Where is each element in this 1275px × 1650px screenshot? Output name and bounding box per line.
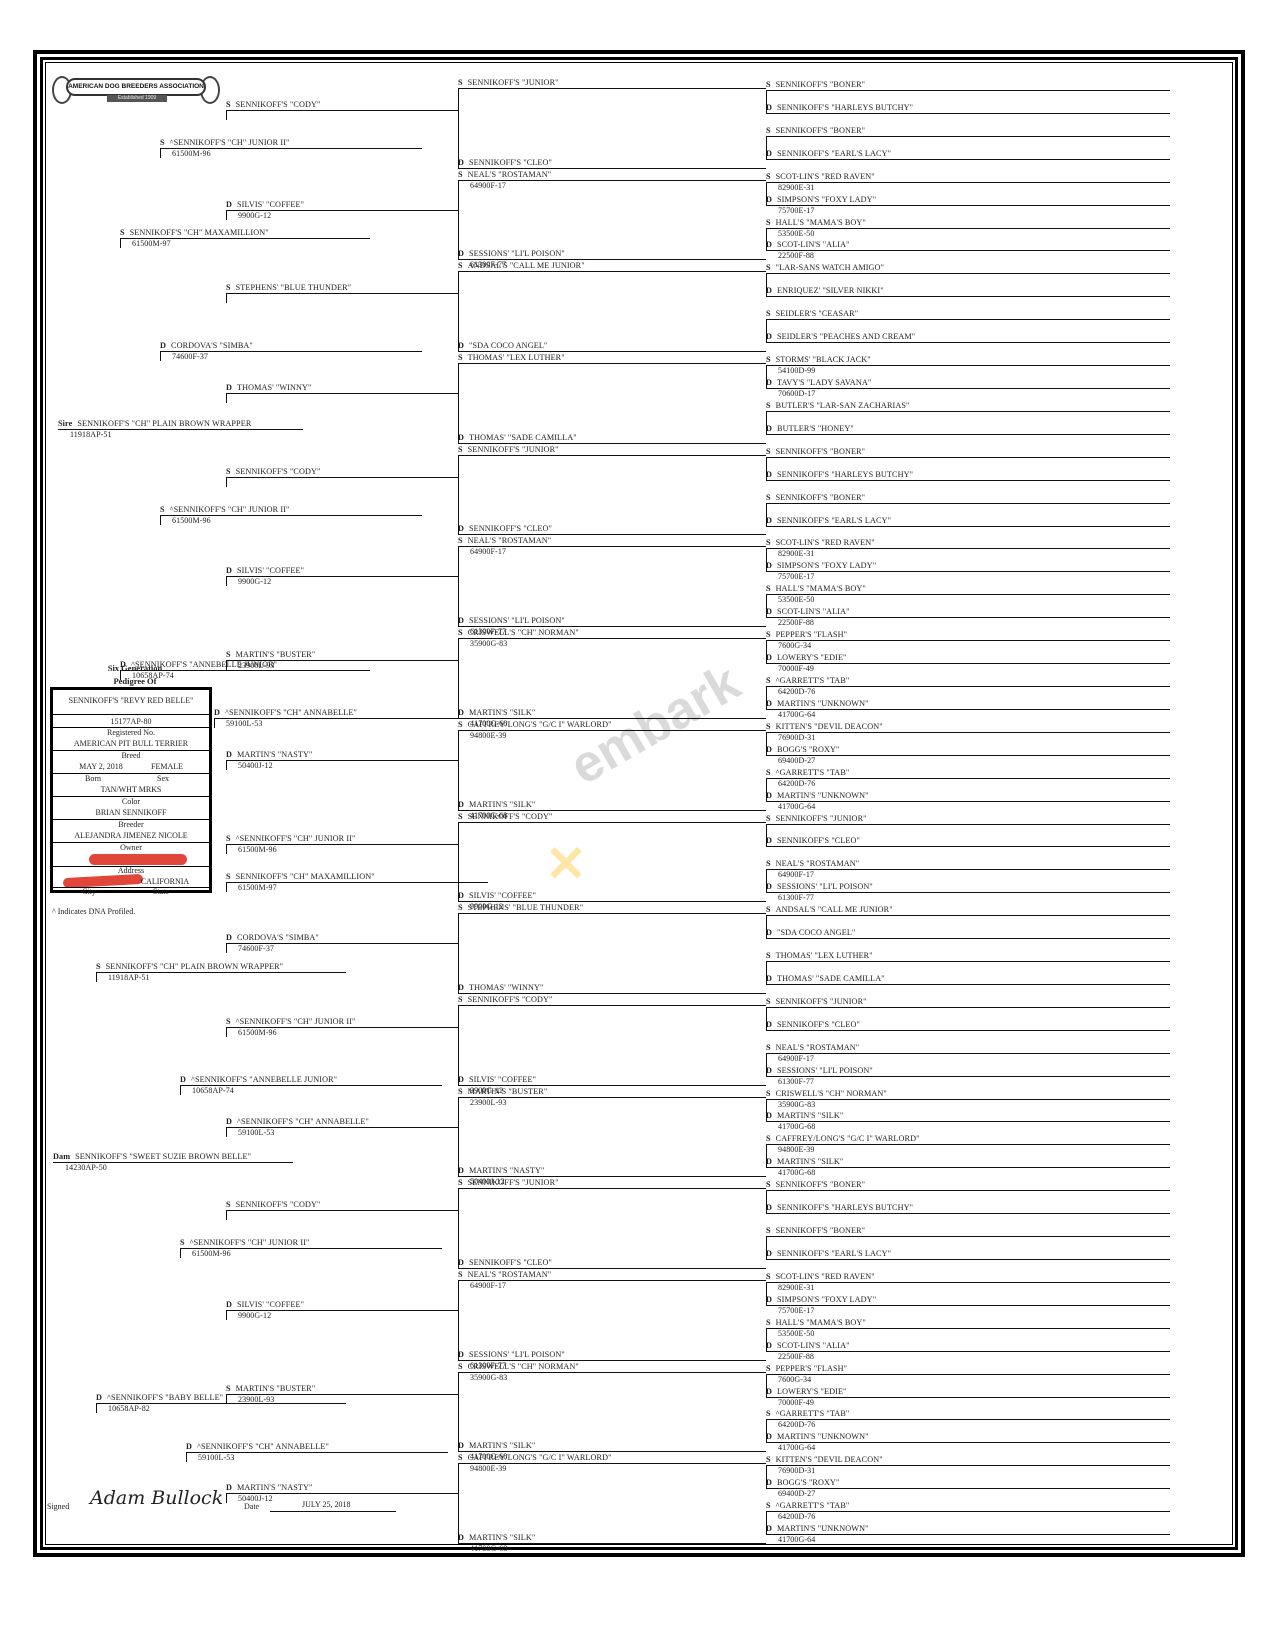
sex-marker: S [766,1455,771,1464]
pair-bracket [766,136,767,159]
underline [226,576,458,577]
pair-bracket [458,363,459,443]
underline [458,638,766,639]
sex-marker: Dam [53,1152,70,1161]
breeder-label: Breeder [53,820,209,830]
registration-number: 9900G-12 [238,1311,271,1321]
underline [766,434,1170,435]
dog-name: SENNIKOFF'S "CLEO" [777,1020,860,1029]
dog-name: BUTLER'S "HONEY" [777,424,854,433]
underline [766,342,1170,343]
sex-marker: D [214,708,220,717]
embark-logo-icon: ✕ [545,835,587,893]
dog-name: MARTIN'S "UNKNOWN" [777,1432,869,1441]
dog-name: STORMS' "BLACK JACK" [776,355,871,364]
gen2-entry: SSENNIKOFF'S "CH" PLAIN BROWN WRAPPER"11… [96,962,283,972]
gen6-entry: SSCOT-LIN'S "RED RAVEN"82900E-31 [766,1272,875,1282]
gen5-entry: DMARTIN'S "SILK"41700G-68 [458,1533,535,1543]
gen3-entry: S^SENNIKOFF'S "CH" JUNIOR II"61500M-96 [180,1238,309,1248]
registration-number: 10658AP-82 [108,1404,150,1414]
gen6-entry: DSCOT-LIN'S "ALIA"22500F-88 [766,240,850,250]
dog-name: MARTIN'S "UNKNOWN" [777,791,869,800]
registration-number: 61300F-77 [778,893,814,903]
sex-marker: S [458,78,463,87]
pair-bracket [766,915,767,938]
dog-name: SENNIKOFF'S "CODY" [468,812,553,821]
pair-bracket [458,913,459,993]
pair-bracket [458,546,459,626]
dog-name: NEAL'S "ROSTAMAN" [776,1043,860,1052]
underline [766,1030,1170,1031]
color: TAN/WHT MRKS [53,785,209,795]
pair-bracket [458,1188,459,1268]
gen6-entry: DSESSIONS' "LI'L POISON"61300F-77 [766,882,873,892]
dog-name: SCOT-LIN'S "RED RAVEN" [776,172,875,181]
registration-number: 61500M-96 [238,1028,277,1038]
underline [766,526,1170,527]
breeder: BRIAN SENNIKOFF [53,808,209,818]
dog-name: ENRIQUEZ' "SILVER NIKKI" [777,286,884,295]
underline [766,961,1170,962]
state: CALIFORNIA [87,877,243,887]
gen3-entry: D^SENNIKOFF'S "CH" ANNABELLE"59100L-53 [186,1442,329,1452]
dog-name: THOMAS' "WINNY" [237,383,311,392]
sex-marker: S [766,1089,771,1098]
underline [226,1394,458,1395]
underline [160,148,422,149]
dog-name: CRISWELL'S "CH" NORMAN" [468,1362,579,1371]
sex-marker: S [766,768,771,777]
registration-number: 50400J-12 [238,1494,273,1504]
underline [214,718,476,719]
underline [766,1282,1170,1283]
breed: AMERICAN PIT BULL TERRIER [53,739,209,749]
registration-number: 64900F-17 [470,181,506,191]
gen5-entry: DSENNIKOFF'S "CLEO" [458,158,552,168]
dog-name: MARTIN'S "UNKNOWN" [777,1524,869,1533]
underline [766,1167,1170,1168]
gen6-entry: DSENNIKOFF'S "EARL'S LACY" [766,149,891,159]
gen6-entry: DSENNIKOFF'S "HARLEYS BUTCHY" [766,103,913,113]
gen6-entry: S^GARRETT'S "TAB"64200D-76 [766,768,849,778]
sex-marker: S [226,650,231,659]
gen6-entry: D"SDA COCO ANGEL" [766,928,855,938]
sex-marker: S [766,447,771,456]
registration-number: 64900F-17 [470,1281,506,1291]
sex-marker: D [226,566,232,575]
dog-name: CAFFREY/LONG'S "G/C I" WARLORD" [468,1453,612,1462]
dog-name: THOMAS' "WINNY" [469,983,543,992]
registration-number: 35900G-83 [778,1100,815,1110]
dog-name: ^SENNIKOFF'S "CH" JUNIOR II" [190,1238,310,1247]
underline [458,1097,766,1098]
gen5-entry: DSENNIKOFF'S "CLEO" [458,524,552,534]
dog-name: SILVIS' "COFFEE" [237,1300,304,1309]
gen6-entry: SPEPPER'S "FLASH"7600G-34 [766,1364,847,1374]
state-label: State [83,887,239,897]
sex-marker: S [766,814,771,823]
dog-name: CRISWELL'S "CH" NORMAN" [468,628,579,637]
sex-marker: S [766,951,771,960]
sex-marker: S [458,720,463,729]
dog-name: ^SENNIKOFF'S "CH" ANNABELLE" [225,708,357,717]
dog-name: SENNIKOFF'S "CH" PLAIN BROWN WRAPPER" [106,962,283,971]
registration-number: 22500F-88 [778,1352,814,1362]
bracket [160,351,161,361]
sex-marker: S [766,355,771,364]
registration-number: 61500M-97 [132,239,171,249]
gen5-entry: STHOMAS' "LEX LUTHER" [458,353,565,363]
gen5-entry: SMARTIN'S "BUSTER"23900L-93 [458,1087,547,1097]
gen4-entry: D^SENNIKOFF'S "CH" ANNABELLE"59100L-53 [226,1117,369,1127]
owner-label: Owner [53,843,209,853]
dog-name: SENNIKOFF'S "CODY" [236,1200,321,1209]
bracket [120,238,121,248]
gen5-entry: SSENNIKOFF'S "JUNIOR" [458,445,559,455]
dog-name: SIMPSON'S "FOXY LADY" [777,561,876,570]
sex-marker: S [458,1453,463,1462]
gen6-entry: SSCOT-LIN'S "RED RAVEN"82900E-31 [766,538,875,548]
pair-bracket [766,1190,767,1213]
gen6-entry: DLOWERY'S "EDIE"70000F-49 [766,653,846,663]
dog-name: ^SENNIKOFF'S "CH" ANNABELLE" [237,1117,369,1126]
underline [160,515,422,516]
bracket [180,1248,181,1258]
gen5-entry: DMARTIN'S "SILK"41700G-68 [458,708,535,718]
registration-number: 69400D-27 [778,756,815,766]
bracket [226,210,227,220]
gen6-entry: DLOWERY'S "EDIE"70000F-49 [766,1387,846,1397]
sex-marker: S [96,962,101,971]
bracket [160,515,161,525]
registration-number: 64900F-17 [778,1054,814,1064]
underline [766,892,1170,893]
underline [458,1188,766,1189]
registration-number: 53500E-50 [778,595,814,605]
dog-name: ^SENNIKOFF'S "ANNEBELLE JUNIOR" [191,1075,337,1084]
registration-number: 23900L-93 [470,1098,506,1108]
dog-name: THOMAS' "LEX LUTHER" [468,353,565,362]
sex-marker: S [458,536,463,545]
underline [766,319,1170,320]
dog-name: SENNIKOFF'S "BONER" [776,493,865,502]
dog-name: ANDSAL'S "CALL ME JUNIOR" [468,261,585,270]
gen6-entry: DSIMPSON'S "FOXY LADY"75700E-17 [766,561,876,571]
underline [766,1213,1170,1214]
pair-bracket [766,1465,767,1488]
sex-marker: S [180,1238,185,1247]
gen6-entry: SSCOT-LIN'S "RED RAVEN"82900E-31 [766,172,875,182]
sex-marker: S [458,628,463,637]
dog-name: MARTIN'S "SILK" [777,1157,843,1166]
underline [226,1210,458,1211]
bracket [214,718,215,728]
sex-marker: D [96,1393,102,1402]
underline [766,113,1170,114]
registered-no-label: Registered No. [53,728,209,738]
sex-marker: D [120,660,126,669]
registration-number: 76900D-31 [778,1466,815,1476]
underline [226,477,458,478]
pair-bracket [766,1374,767,1397]
gen6-entry: SKITTEN'S "DEVIL DEACON"76900D-31 [766,1455,883,1465]
sex-label: Sex [85,774,241,784]
sex-marker: S [226,834,231,843]
sex-marker: S [766,859,771,868]
gen5-entry: SSENNIKOFF'S "JUNIOR" [458,78,559,88]
registration-number: 61300F-77 [778,1077,814,1087]
gen5-entry: SSENNIKOFF'S "CODY" [458,812,552,822]
underline [458,993,766,994]
underline [766,594,1170,595]
dog-name: SILVIS' "COFFEE" [237,566,304,575]
gen6-entry: SSENNIKOFF'S "JUNIOR" [766,814,867,824]
sex-marker: S [766,80,771,89]
dog-name: PEPPER'S "FLASH" [776,630,847,639]
gen6-entry: DSCOT-LIN'S "ALIA"22500F-88 [766,607,850,617]
registration-number: 10658AP-74 [192,1086,234,1096]
underline [458,1360,766,1361]
registration-number: 7600G-34 [778,1375,811,1385]
sex: FEMALE [89,762,245,772]
gen6-entry: DSIMPSON'S "FOXY LADY"75700E-17 [766,1295,876,1305]
dog-name: MARTIN'S "SILK" [469,800,535,809]
signature: Adam Bullock [90,1487,223,1509]
gen6-entry: SSENNIKOFF'S "JUNIOR" [766,997,867,1007]
registration-number: 9900G-12 [238,577,271,587]
dog-name: "LAR-SANS WATCH AMIGO" [776,263,884,272]
bracket [226,844,227,854]
pair-bracket [766,686,767,709]
dog-name: SESSIONS' "LI'L POISON" [777,1066,873,1075]
gen3-entry: S^SENNIKOFF'S "CH" JUNIOR II"61500M-96 [160,138,289,148]
gen6-entry: DSENNIKOFF'S "CLEO" [766,836,860,846]
dog-name: SENNIKOFF'S "BONER" [776,1226,865,1235]
gen6-entry: DBOGG'S "ROXY"69400D-27 [766,1478,839,1488]
sex-marker: S [160,505,165,514]
dog-name: SEIDLER'S "PEACHES AND CREAM" [777,332,915,341]
bracket [226,393,227,403]
gen5-entry: SCRISWELL'S "CH" NORMAN"35900G-83 [458,1362,579,1372]
underline [226,844,458,845]
signature-date: JULY 25, 2018 [302,1500,350,1509]
dog-name: HALL'S "MAMA'S BOY" [776,218,866,227]
underline [458,259,766,260]
gen6-entry: DSENNIKOFF'S "HARLEYS BUTCHY" [766,1203,913,1213]
dog-name: SENNIKOFF'S "JUNIOR" [468,78,559,87]
registration-number: 59100L-53 [198,1453,234,1463]
sex-marker: S [458,1270,463,1279]
registration-number: 11918AP-51 [70,430,112,440]
gen5-entry: SCAFFREY/LONG'S "G/C I" WARLORD"94800E-3… [458,1453,612,1463]
pair-bracket [766,1419,767,1442]
bracket [226,1394,227,1404]
bracket [226,943,227,953]
sex-marker: S [458,261,463,270]
dog-name: SESSIONS' "LI'L POISON" [469,616,565,625]
underline [766,1374,1170,1375]
gen6-entry: SSENNIKOFF'S "BONER" [766,493,865,503]
dog-name: ^SENNIKOFF'S "CH" JUNIOR II" [170,138,290,147]
bracket [226,1127,227,1137]
underline [766,411,1170,412]
sex-marker: S [226,283,231,292]
dog-name: KITTEN'S "DEVIL DEACON" [776,1455,883,1464]
dog-name: SENNIKOFF'S "CH" MAXAMILLION" [130,228,269,237]
underline [180,1085,442,1086]
underline [766,1465,1170,1466]
underline [766,1534,1170,1535]
underline [766,617,1170,618]
registration-number: 41700G-64 [778,710,815,720]
dog-name: SENNIKOFF'S "JUNIOR" [468,445,559,454]
gen5-entry: DMARTIN'S "SILK"41700G-68 [458,1441,535,1451]
breed-label: Breed [53,751,209,761]
dog-name: SIMPSON'S "FOXY LADY" [777,195,876,204]
sex-marker: D [226,750,232,759]
sex-marker: D [226,1300,232,1309]
dog-name: MARTIN'S "NASTY" [237,750,312,759]
gen6-entry: S"LAR-SANS WATCH AMIGO" [766,263,884,273]
pair-bracket [766,1053,767,1076]
gen6-entry: DMARTIN'S "UNKNOWN"41700G-64 [766,1524,869,1534]
bracket [226,1027,227,1037]
underline [766,1328,1170,1329]
gen6-entry: DMARTIN'S "SILK"41700G-68 [766,1111,843,1121]
underline [96,1403,346,1404]
dog-name: THOMAS' "LEX LUTHER" [776,951,873,960]
dog-name: MARTIN'S "SILK" [469,708,535,717]
underline [458,168,766,169]
sex-marker: S [766,1409,771,1418]
registration-number: 64900F-17 [778,870,814,880]
gen5-entry: DSESSIONS' "LI'L POISON"61300F-77 [458,1350,565,1360]
gen4-entry: S^SENNIKOFF'S "CH" JUNIOR II"61500M-96 [226,834,355,844]
pair-bracket [458,638,459,718]
dog-name: SCOT-LIN'S "ALIA" [777,240,850,249]
page-border-inner [45,62,1233,1545]
gen6-entry: DSENNIKOFF'S "HARLEYS BUTCHY" [766,470,913,480]
sex-marker: D [160,341,166,350]
underline [186,1452,448,1453]
dog-name: CAFFREY/LONG'S "G/C I" WARLORD" [468,720,612,729]
dog-name: BUTLER'S "LAR-SAN ZACHARIAS" [776,401,910,410]
underline [226,882,488,883]
gen6-entry: SSENNIKOFF'S "BONER" [766,80,865,90]
underline [53,1162,293,1163]
sire-entry: SireSENNIKOFF'S "CH" PLAIN BROWN WRAPPER… [58,419,251,429]
registration-number: 70000F-49 [778,1398,814,1408]
gen6-entry: DBOGG'S "ROXY"69400D-27 [766,745,839,755]
dog-name: LOWERY'S "EDIE" [777,1387,846,1396]
registration-number: 82900E-31 [778,183,814,193]
underline [766,1259,1170,1260]
underline [458,351,766,352]
gen6-entry: DSIMPSON'S "FOXY LADY"75700E-17 [766,195,876,205]
pair-bracket [766,548,767,571]
underline [766,755,1170,756]
sex-marker: S [766,1318,771,1327]
dog-name: ^GARRETT'S "TAB" [776,1501,850,1510]
registered-no: 15177AP-80 [53,717,209,727]
underline [226,210,458,211]
pair-bracket [766,1282,767,1305]
sex-marker: D [226,200,232,209]
pair-bracket [766,640,767,663]
underline [458,1280,766,1281]
dog-name: KITTEN'S "DEVIL DEACON" [776,722,883,731]
divider [53,714,209,715]
dog-name: ^GARRETT'S "TAB" [776,676,850,685]
registration-number: 94800E-39 [470,731,506,741]
dog-name: SENNIKOFF'S "EARL'S LACY" [777,149,891,158]
underline [458,443,766,444]
underline [766,1488,1170,1489]
underline [120,670,370,671]
sex-marker: D [180,1075,186,1084]
dog-name: SESSIONS' "LI'L POISON" [777,882,873,891]
underline [458,626,766,627]
gen4-entry: DSILVIS' "COFFEE"9900G-12 [226,566,304,576]
sex-marker: S [766,1364,771,1373]
underline [458,363,766,364]
sex-marker: S [458,1087,463,1096]
sex-marker: S [766,493,771,502]
gen6-entry: DTAVY'S "LADY SAVANA"70600D-17 [766,378,871,388]
registration-number: 53500E-50 [778,229,814,239]
owner: ALEJANDRA JIMENEZ NICOLE [53,831,209,841]
dog-name: SENNIKOFF'S "BONER" [776,126,865,135]
dog-name: SENNIKOFF'S "CH" MAXAMILLION" [236,872,375,881]
dog-name: CAFFREY/LONG'S "G/C I" WARLORD" [776,1134,920,1143]
gen6-entry: DSCOT-LIN'S "ALIA"22500F-88 [766,1341,850,1351]
underline [458,730,766,731]
registration-number: 70600D-17 [778,389,815,399]
pair-bracket [766,411,767,434]
underline [458,180,766,181]
registration-number: 7600G-34 [778,641,811,651]
underline [766,1190,1170,1191]
gen3-entry: DCORDOVA'S "SIMBA"74600F-37 [160,341,253,351]
dog-name: MARTIN'S "SILK" [469,1441,535,1450]
dog-name: NEAL'S "ROSTAMAN" [468,1270,552,1279]
registration-number: 64200D-76 [778,1512,815,1522]
gen5-entry: D"SDA COCO ANGEL" [458,341,547,351]
sex-marker: S [766,584,771,593]
dog-name: SENNIKOFF'S "CODY" [236,100,321,109]
underline [766,457,1170,458]
dog-name: ^SENNIKOFF'S "CH" JUNIOR II" [236,834,356,843]
registration-number: 64200D-76 [778,1420,815,1430]
bracket [226,1493,227,1503]
dog-name: SILVIS' "COFFEE" [237,200,304,209]
dog-name: SENNIKOFF'S "REVY RED BELLE" [53,696,209,706]
dog-name: SCOT-LIN'S "RED RAVEN" [776,538,875,547]
underline [458,455,766,456]
dog-name: SENNIKOFF'S "CODY" [468,995,553,1004]
underline [766,159,1170,160]
pair-bracket [766,457,767,480]
underline [766,250,1170,251]
underline [458,1085,766,1086]
registration-number: 22500F-88 [778,251,814,261]
registration-number: 64200D-76 [778,779,815,789]
gen5-entry: DMARTIN'S "NASTY"50400J-12 [458,1166,544,1176]
underline [766,709,1170,710]
sex-marker: S [458,995,463,1004]
dog-name: MARTIN'S "SILK" [469,1533,535,1542]
registration-number: 70000F-49 [778,664,814,674]
